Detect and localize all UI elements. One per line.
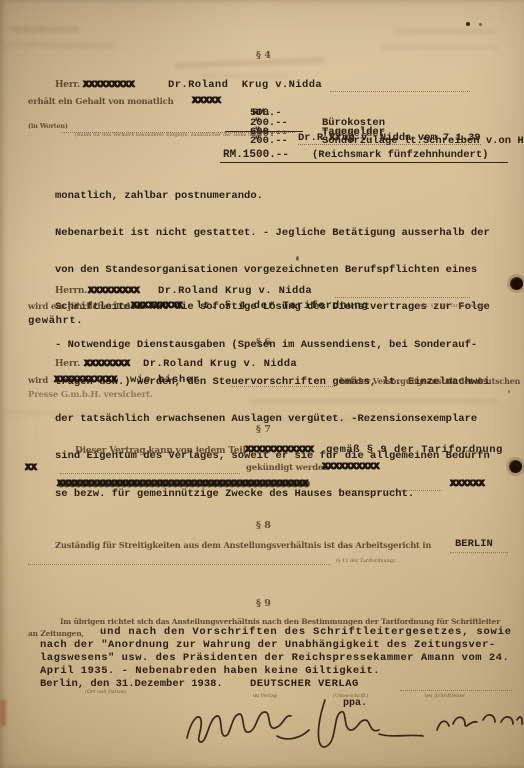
printed-arbeitsgericht-label: Zuständig für Streitigkeiten aus dem Ans… [55, 540, 431, 550]
strikeout-x: XXXXXXXXX [88, 285, 139, 297]
printed-gekuendigt-label: gekündigt werden [246, 463, 329, 473]
typed-line: und nach den Vorschriften des Schriftlei… [100, 626, 512, 638]
ghost-mark [380, 46, 500, 49]
ghost-mark [175, 57, 325, 68]
ghost-mark [200, 74, 290, 78]
printed-herr-label: Herr. [55, 359, 80, 369]
typed-line: lagswesens" usw. des Präsidenten der Rei… [40, 652, 509, 664]
sum-rule [225, 131, 303, 132]
section-4-heading: § 4 [256, 50, 271, 61]
printed-tarifordnung-line: Im übrigen richtet sich das Anstellungsv… [60, 617, 500, 626]
section-7-heading: § 7 [256, 424, 271, 435]
paragraph-line: der tatsächlich erwachsenen Auslagen ver… [55, 413, 490, 425]
paragraph-line: monatlich, zahlbar postnumerando. [55, 190, 490, 202]
paragraph-line: - Notwendige Dienstausgaben (Spesen im A… [55, 339, 490, 351]
ghost-mark [395, 30, 495, 33]
strikeout-x: XX [25, 462, 36, 474]
printed-urlaub-label: wird ein jährlicher Urlaub [28, 302, 147, 312]
scanned-contract-page: § 4 Herr. XXXXXXXXX Dr.Roland Krug v.Nid… [0, 0, 524, 768]
paragraph-line: von den Standesorganisationen vorgezeich… [55, 264, 490, 276]
typed-line: April 1935. - Nebenabreden haben keine G… [40, 665, 380, 677]
form-line [450, 551, 508, 553]
form-line [338, 489, 442, 491]
form-note: (vgl. § 4 der Tarifordnung) [418, 304, 485, 309]
typed-line: nach der "Anordnung zur Wahrung der Unab… [40, 639, 496, 651]
urlaub-typed: lt. § 4 der Tarifordnung [196, 300, 369, 312]
form-line [330, 90, 470, 92]
signature-middle-tail [379, 734, 423, 736]
strikeout-x: XXXXX [192, 95, 221, 107]
strikeout-x: XXXXXXXXXXX [54, 374, 117, 386]
total-underline [220, 162, 508, 163]
printed-versorgung-label: bei der Versorgungsanstalt der deutschen [340, 376, 520, 386]
printed-salary-label: erhält ein Gehalt von monatlich [28, 97, 174, 107]
punch-hole-top [510, 277, 523, 290]
paragraph-line: Nebenarbeit ist nicht gestattet. - Jegli… [55, 227, 490, 239]
ink-speck [296, 256, 299, 261]
signature-right [437, 715, 522, 730]
strikeout-row: XXXXXXXXXXXXXXXXXXXXXXXXXXXXXXXXXXXXXXXX… [57, 478, 75, 490]
printed-herr-label: Herrn. [55, 286, 87, 296]
form-line [230, 385, 335, 387]
form-note: (§ 12 der Tarifordnung). [336, 559, 397, 564]
signature-left-flourish [277, 730, 309, 739]
salary-total-words: (Reichsmark fünfzehnhundert) [312, 149, 488, 161]
signature-left [187, 712, 291, 742]
red-smudge [0, 700, 6, 726]
printed-herr-label: Herr. [55, 80, 80, 90]
employee-name: Dr.Roland Krug v. Nidda [158, 285, 312, 297]
printed-wird-label: wird [28, 376, 48, 386]
punch-hole-bottom [509, 460, 522, 473]
ink-dot [479, 23, 482, 26]
printed-presse-label: Presse G.m.b.H. versichert. [28, 390, 153, 400]
section-9-heading: § 9 [256, 598, 271, 609]
ink-dot [466, 22, 470, 26]
form-line [60, 472, 240, 474]
section-6-heading: § 6 [256, 337, 271, 348]
strikeout-x: XXXXXX [450, 478, 484, 490]
section-8-heading: § 8 [256, 520, 271, 531]
strikeout-x: XXXXXXXX [84, 358, 130, 370]
kuendigung-typed: gemäß § 9 der Tarifordnung [326, 444, 503, 456]
ort-datum-label: (Ort und Datum) [85, 690, 127, 695]
employee-name: Dr.Roland Krug v. Nidda [143, 358, 297, 370]
employee-name: Dr.Roland Krug v.Nidda [168, 79, 322, 91]
wie-bisher-typed: wie bisher [130, 374, 200, 386]
strikeout-x: XXXXXXXXXX [322, 461, 379, 473]
form-line [28, 563, 331, 565]
strikeout-x: XXXXXXXXX [131, 300, 182, 312]
gewaehrt-typed: gewährt. [28, 315, 83, 327]
salary-letter-ref: Dr.R.Krug v. Nidda vom 7.1.39 [298, 132, 481, 145]
court-city-typed: BERLIN [455, 538, 493, 550]
ink-speck [508, 390, 510, 393]
printed-vertrag-label: Dieser Vertrag kann von jedem Teil [75, 446, 246, 456]
strikeout-x: XXXXXXXXX [83, 79, 134, 91]
date-line: Berlin, den 31.Dezember 1938. [40, 678, 223, 690]
ghost-mark [4, 44, 114, 47]
ghost-mark [10, 28, 80, 31]
ppa-typed: ppa. [343, 698, 367, 710]
strikeout-o-layer: OOOOOOOOOOOOOOOOOOOOOOOOOOOOOOOOOOOOOOOO… [58, 479, 309, 491]
publisher-name: DEUTSCHER VERLAG [250, 678, 359, 690]
printed-in-worten-label: (in Worten) [28, 122, 68, 130]
salary-total: RM.1500.-- [223, 149, 289, 161]
printed-zeitungen-label: an Zeitungen, [28, 629, 84, 638]
strikeout-x: XXXXXXXXXXXX [245, 444, 313, 456]
form-line [335, 296, 470, 298]
form-fine-print: (Raum für den Vermerk besonderer Entgelt… [75, 133, 262, 138]
